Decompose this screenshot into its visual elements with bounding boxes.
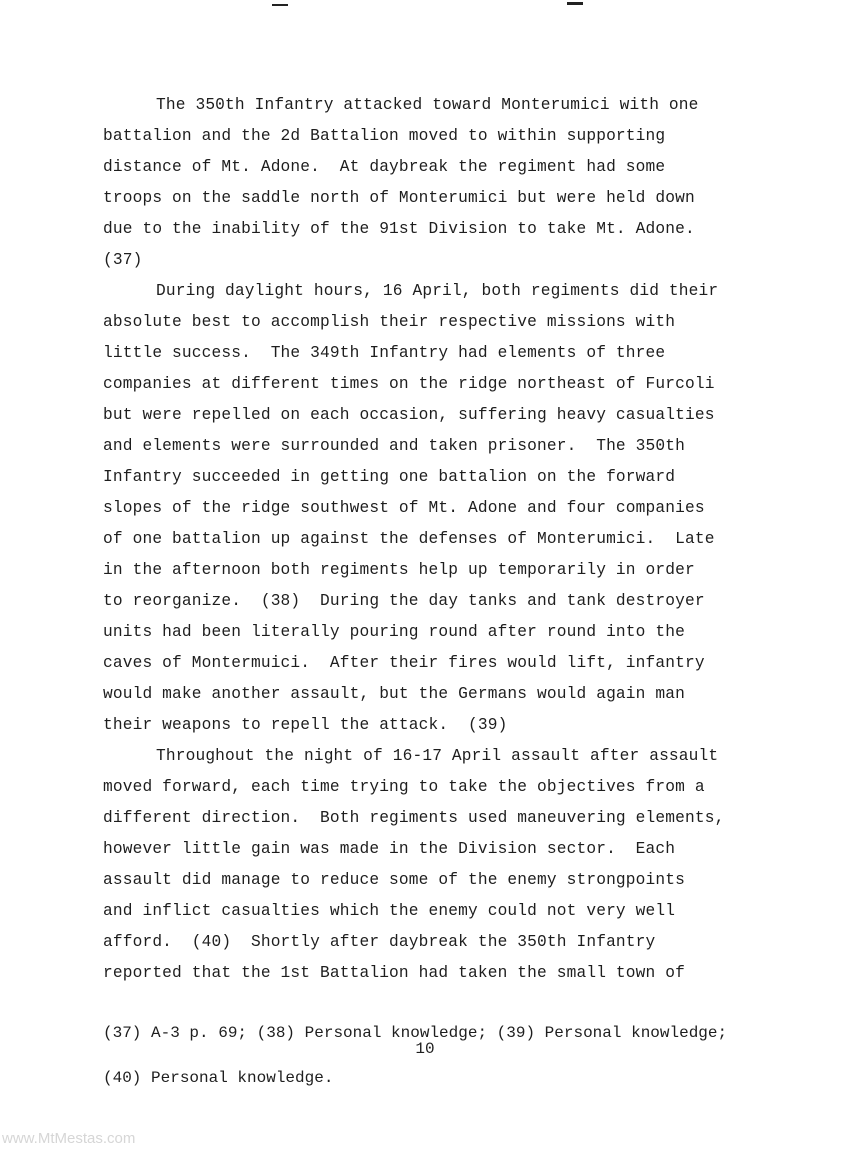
text-line: would make another assault, but the Germ… — [103, 679, 803, 710]
text-line: of one battalion up against the defenses… — [103, 524, 803, 555]
text-line: little success. The 349th Infantry had e… — [103, 338, 803, 369]
text-line: distance of Mt. Adone. At daybreak the r… — [103, 152, 803, 183]
text-line: (37) — [103, 245, 803, 276]
text-line: afford. (40) Shortly after daybreak the … — [103, 927, 803, 958]
paragraph: During daylight hours, 16 April, both re… — [103, 276, 803, 741]
page-number: 10 — [0, 1040, 850, 1058]
text-line: caves of Montermuici. After their fires … — [103, 648, 803, 679]
text-line: but were repelled on each occasion, suff… — [103, 400, 803, 431]
text-line: and elements were surrounded and taken p… — [103, 431, 803, 462]
text-line: in the afternoon both regiments help up … — [103, 555, 803, 586]
text-line: Infantry succeeded in getting one battal… — [103, 462, 803, 493]
text-line: however little gain was made in the Divi… — [103, 834, 803, 865]
text-line: During daylight hours, 16 April, both re… — [103, 276, 803, 307]
text-line: Throughout the night of 16-17 April assa… — [103, 741, 803, 772]
text-line: companies at different times on the ridg… — [103, 369, 803, 400]
paragraph: Throughout the night of 16-17 April assa… — [103, 741, 803, 989]
footnote-line: (37) A-3 p. 69; (38) Personal knowledge;… — [103, 1026, 823, 1041]
watermark: www.MtMestas.com — [2, 1130, 135, 1147]
text-line: The 350th Infantry attacked toward Monte… — [103, 90, 803, 121]
text-line: due to the inability of the 91st Divisio… — [103, 214, 803, 245]
body-text: The 350th Infantry attacked toward Monte… — [103, 90, 803, 989]
text-line: their weapons to repell the attack. (39) — [103, 710, 803, 741]
text-line: units had been literally pouring round a… — [103, 617, 803, 648]
footnote-line: (40) Personal knowledge. — [103, 1071, 823, 1086]
text-line: reported that the 1st Battalion had take… — [103, 958, 803, 989]
text-line: different direction. Both regiments used… — [103, 803, 803, 834]
text-line: troops on the saddle north of Monterumic… — [103, 183, 803, 214]
text-line: battalion and the 2d Battalion moved to … — [103, 121, 803, 152]
text-line: absolute best to accomplish their respec… — [103, 307, 803, 338]
paragraph: The 350th Infantry attacked toward Monte… — [103, 90, 803, 276]
text-line: to reorganize. (38) During the day tanks… — [103, 586, 803, 617]
text-line: moved forward, each time trying to take … — [103, 772, 803, 803]
scan-artifact-mark — [567, 2, 583, 5]
scan-artifact-mark — [272, 4, 288, 6]
text-line: assault did manage to reduce some of the… — [103, 865, 803, 896]
text-line: and inflict casualties which the enemy c… — [103, 896, 803, 927]
text-line: slopes of the ridge southwest of Mt. Ado… — [103, 493, 803, 524]
